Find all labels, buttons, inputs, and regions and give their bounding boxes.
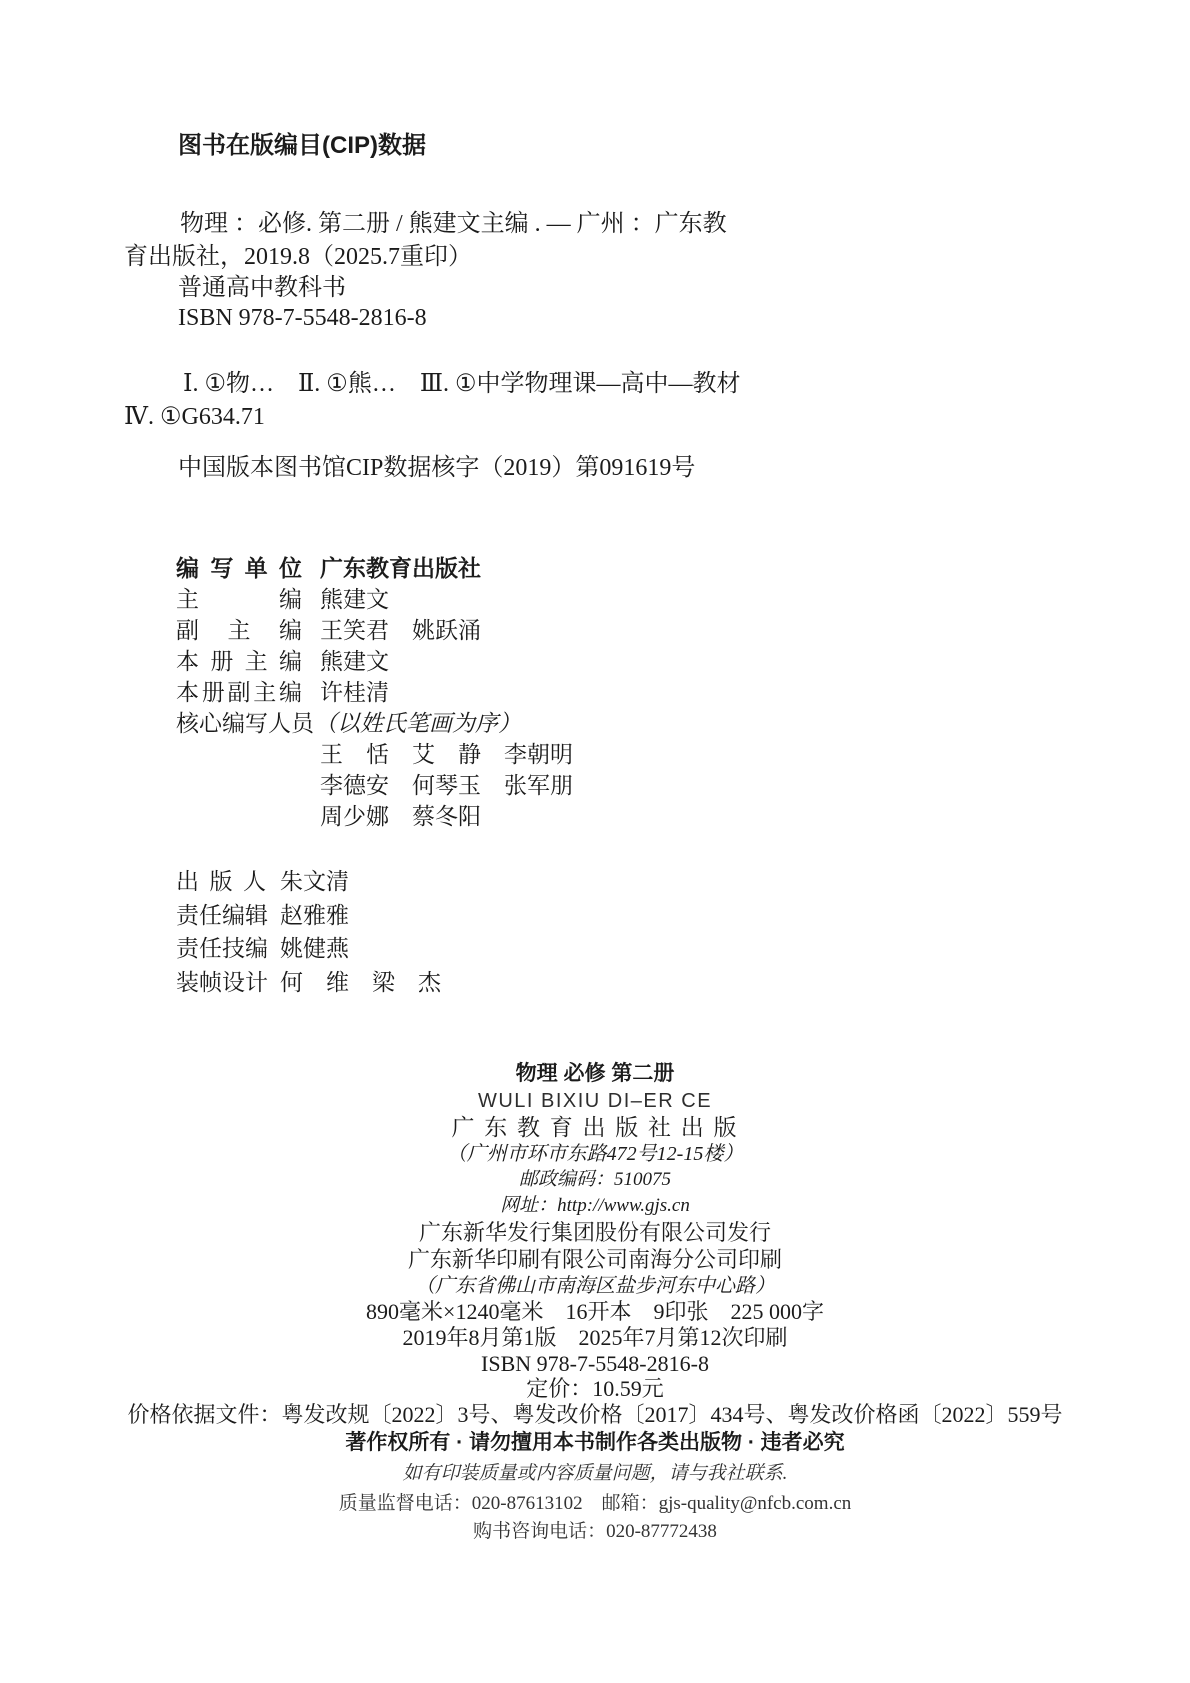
editorial-row: 本册副主编许桂清: [176, 677, 573, 708]
editorial-core-names-row: 周少娜 蔡冬阳: [176, 801, 573, 832]
editorial-credits: 编写单位广东教育出版社 主编熊建文 副主编王笑君 姚跃涌 本册主编熊建文 本册副…: [176, 553, 573, 832]
staff-row-label: 责任技编: [176, 932, 266, 966]
colophon-pinyin-title: WULI BIXIU DI–ER CE: [0, 1088, 1190, 1114]
staff-row-label: 装帧设计: [176, 966, 266, 1000]
colophon-publisher-address: （广州市环市东路472号12-15楼）: [0, 1141, 1190, 1167]
staff-row-value: 赵雅雅: [280, 903, 349, 928]
editorial-row: 主编熊建文: [176, 584, 573, 615]
copyright-page: 图书在版编目(CIP)数据 物理 ：必修. 第二册 / 熊建文主编 . — 广州…: [0, 0, 1190, 1683]
editorial-row-value: 熊建文: [320, 587, 389, 612]
colophon-publisher: 广 东 教 育 出 版 社 出 版: [0, 1114, 1190, 1141]
staff-row: 责任技编姚健燕: [176, 932, 441, 966]
colophon-printer: 广东新华印刷有限公司南海分公司印刷: [0, 1246, 1190, 1273]
colophon-quality-note: 如有印装质量或内容质量问题，请与我社联系.: [0, 1458, 1190, 1490]
colophon: 物理 必修 第二册 WULI BIXIU DI–ER CE 广 东 教 育 出 …: [0, 1060, 1190, 1545]
colophon-book-title: 物理 必修 第二册: [0, 1060, 1190, 1088]
colophon-website: 网址：http://www.gjs.cn: [0, 1193, 1190, 1219]
colophon-purchase-contact: 购书咨询电话：020-87772438: [0, 1518, 1190, 1545]
colophon-printer-address: （广东省佛山市南海区盐步河东中心路）: [0, 1273, 1190, 1299]
editorial-row-label: 本册副主编: [176, 677, 302, 708]
editorial-row: 副主编王笑君 姚跃涌: [176, 615, 573, 646]
colophon-isbn: ISBN 978-7-5548-2816-8: [0, 1351, 1190, 1376]
cip-book-line-1: 物理 ：必修. 第二册 / 熊建文主编 . — 广州 ：广东教: [124, 208, 944, 241]
editorial-core-label: 核心编写人员: [176, 711, 314, 736]
colophon-copyright-notice: 著作权所有 · 请勿擅用本书制作各类出版物 · 违者必究: [0, 1428, 1190, 1458]
editorial-core-note: （以姓氏笔画为序）: [314, 711, 521, 736]
editorial-unit-label: 编写单位: [176, 553, 302, 584]
colophon-postcode: 邮政编码：510075: [0, 1167, 1190, 1193]
editorial-unit-row: 编写单位广东教育出版社: [176, 553, 573, 584]
colophon-price: 定价：10.59元: [0, 1376, 1190, 1401]
cip-classification: Ⅰ. ①物… Ⅱ. ①熊… Ⅲ. ①中学物理课—高中—教材 Ⅳ. ①G634.7…: [124, 368, 984, 434]
cip-class-line-2: Ⅳ. ①G634.71: [124, 401, 984, 434]
cip-isbn: ISBN 978-7-5548-2816-8: [178, 306, 427, 330]
editorial-row-value: 熊建文: [320, 649, 389, 674]
editorial-row-value: 许桂清: [320, 680, 389, 705]
editorial-row-label: 副主编: [176, 615, 302, 646]
cip-book-description: 物理 ：必修. 第二册 / 熊建文主编 . — 广州 ：广东教 育出版社，201…: [124, 208, 944, 274]
colophon-distributor: 广东新华发行集团股份有限公司发行: [0, 1219, 1190, 1246]
staff-row-label: 出版人: [176, 865, 266, 899]
cip-record-number: 中国版本图书馆CIP数据核字（2019）第091619号: [178, 456, 695, 480]
editorial-row-label: 本册主编: [176, 646, 302, 677]
editorial-core-names-row: 李德安 何琴玉 张军朋: [176, 770, 573, 801]
colophon-price-basis: 价格依据文件：粤发改规〔2022〕3号、粤发改价格〔2017〕434号、粤发改价…: [0, 1401, 1190, 1428]
cip-heading: 图书在版编目(CIP)数据: [178, 133, 426, 159]
editorial-unit-value: 广东教育出版社: [320, 555, 481, 581]
staff-row: 装帧设计何 维 梁 杰: [176, 966, 441, 1000]
cip-class-line-1: Ⅰ. ①物… Ⅱ. ①熊… Ⅲ. ①中学物理课—高中—教材: [124, 368, 984, 401]
editorial-core-row: 核心编写人员（以姓氏笔画为序）: [176, 708, 573, 739]
editorial-core-names-row: 王 恬 艾 静 李朝明: [176, 739, 573, 770]
editorial-row-label: 主编: [176, 584, 302, 615]
colophon-edition-info: 2019年8月第1版 2025年7月第12次印刷: [0, 1325, 1190, 1351]
colophon-quality-contact: 质量监督电话：020-87613102 邮箱：gjs-quality@nfcb.…: [0, 1490, 1190, 1518]
staff-row: 责任编辑赵雅雅: [176, 899, 441, 933]
editorial-row-value: 王笑君 姚跃涌: [320, 618, 481, 643]
staff-row: 出版人朱文清: [176, 865, 441, 899]
cip-book-line-2: 育出版社，2019.8（2025.7重印）: [124, 241, 944, 274]
colophon-format-spec: 890毫米×1240毫米 16开本 9印张 225 000字: [0, 1299, 1190, 1325]
staff-row-value: 姚健燕: [280, 936, 349, 961]
staff-row-label: 责任编辑: [176, 899, 266, 933]
staff-row-value: 何 维 梁 杰: [280, 970, 441, 995]
editorial-row: 本册主编熊建文: [176, 646, 573, 677]
cip-series: 普通高中教科书: [178, 276, 346, 300]
staff-row-value: 朱文清: [280, 869, 349, 894]
publishing-staff: 出版人朱文清 责任编辑赵雅雅 责任技编姚健燕 装帧设计何 维 梁 杰: [176, 865, 441, 999]
